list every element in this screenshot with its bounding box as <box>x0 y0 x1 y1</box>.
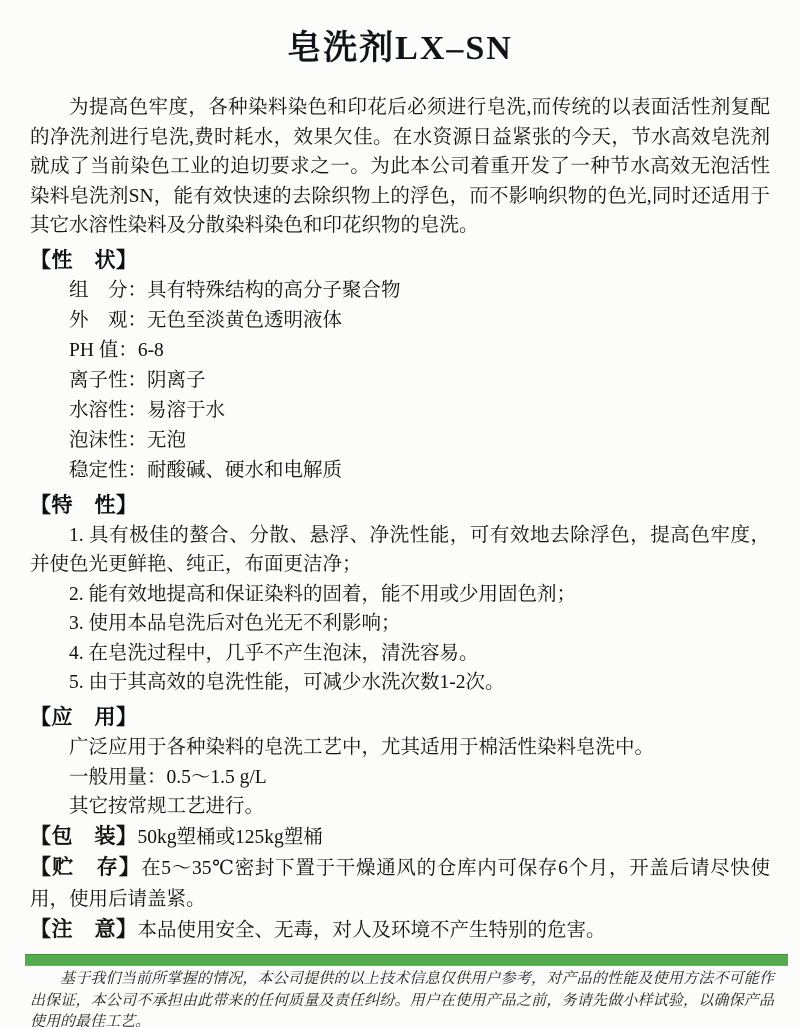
property-row: 稳定性：耐酸碱、硬水和电解质 <box>30 456 770 486</box>
property-value: 阴离子 <box>147 370 206 391</box>
section-packaging: 【包 装】50kg塑桶或125kg塑桶 <box>30 822 770 854</box>
feature-item: 1. 具有极佳的螯合、分散、悬浮、净洗性能，可有效地去除浮色，提高色牢度，并使色… <box>30 521 770 580</box>
section-notice: 【注 意】本品使用安全、无毒，对人及环境不产生特别的危害。 <box>30 915 770 947</box>
feature-item: 2. 能有效地提高和保证染料的固着，能不用或少用固色剂； <box>30 580 770 610</box>
property-row: 组 分：具有特殊结构的高分子聚合物 <box>30 276 770 306</box>
features-list: 1. 具有极佳的螯合、分散、悬浮、净洗性能，可有效地去除浮色，提高色牢度，并使色… <box>30 521 770 699</box>
section-properties-heading: 【性 状】 <box>30 244 770 274</box>
feature-item: 3. 使用本品皂洗后对色光无不利影响； <box>30 609 770 639</box>
property-label: 稳定性： <box>69 460 147 481</box>
storage-heading: 【贮 存】 <box>30 856 141 879</box>
section-application-heading: 【应 用】 <box>30 701 770 731</box>
application-line: 广泛应用于各种染料的皂洗工艺中，尤其适用于棉活性染料皂洗中。 <box>30 733 770 763</box>
property-row: 泡沫性：无泡 <box>30 426 770 456</box>
property-label: PH 值： <box>69 340 138 361</box>
application-line-dosage: 一般用量：0.5～1.5 g/L <box>30 763 770 793</box>
property-value: 具有特殊结构的高分子聚合物 <box>147 280 401 301</box>
property-value: 6-8 <box>138 340 164 361</box>
packaging-heading: 【包 装】 <box>30 825 138 848</box>
section-storage: 【贮 存】在5～35℃密封下置于干燥通风的仓库内可保存6个月，开盖后请尽快使用，… <box>30 853 770 915</box>
property-label: 离子性： <box>69 370 147 391</box>
property-value: 无泡 <box>147 430 186 451</box>
page-title: 皂洗剂LX–SN <box>30 20 770 69</box>
section-features-heading: 【特 性】 <box>30 489 770 519</box>
property-value: 易溶于水 <box>147 400 225 421</box>
footer-disclaimer: 基于我们当前所掌握的情况，本公司提供的以上技术信息仅供用户参考，对产品的性能及使… <box>30 969 774 1027</box>
intro-paragraph: 为提高色牢度，各种染料染色和印花后必须进行皂洗,而传统的以表面活性剂复配的净洗剂… <box>30 93 770 241</box>
property-row: 外 观：无色至淡黄色透明液体 <box>30 306 770 336</box>
feature-item: 5. 由于其高效的皂洗性能，可减少水洗次数1-2次。 <box>30 668 770 698</box>
property-value: 耐酸碱、硬水和电解质 <box>147 460 342 481</box>
green-divider-bar <box>25 954 788 966</box>
notice-text: 本品使用安全、无毒，对人及环境不产生特别的危害。 <box>138 920 606 941</box>
property-row: 水溶性：易溶于水 <box>30 396 770 426</box>
application-block: 广泛应用于各种染料的皂洗工艺中，尤其适用于棉活性染料皂洗中。 一般用量：0.5～… <box>30 733 770 822</box>
document-page: 皂洗剂LX–SN 为提高色牢度，各种染料染色和印花后必须进行皂洗,而传统的以表面… <box>0 0 800 1027</box>
feature-item: 4. 在皂洗过程中，几乎不产生泡沫，清洗容易。 <box>30 639 770 669</box>
property-label: 外 观： <box>69 310 147 331</box>
property-row: PH 值：6-8 <box>30 336 770 366</box>
storage-text: 在5～35℃密封下置于干燥通风的仓库内可保存6个月，开盖后请尽快使用，使用后请盖… <box>30 858 770 910</box>
property-label: 组 分： <box>69 280 147 301</box>
property-label: 泡沫性： <box>69 430 147 451</box>
property-label: 水溶性： <box>69 400 147 421</box>
application-line: 其它按常规工艺进行。 <box>30 792 770 822</box>
properties-list: 组 分：具有特殊结构的高分子聚合物 外 观：无色至淡黄色透明液体 PH 值：6-… <box>30 276 770 486</box>
notice-heading: 【注 意】 <box>30 918 138 941</box>
packaging-text: 50kg塑桶或125kg塑桶 <box>138 827 323 848</box>
property-row: 离子性：阴离子 <box>30 366 770 396</box>
property-value: 无色至淡黄色透明液体 <box>147 310 342 331</box>
